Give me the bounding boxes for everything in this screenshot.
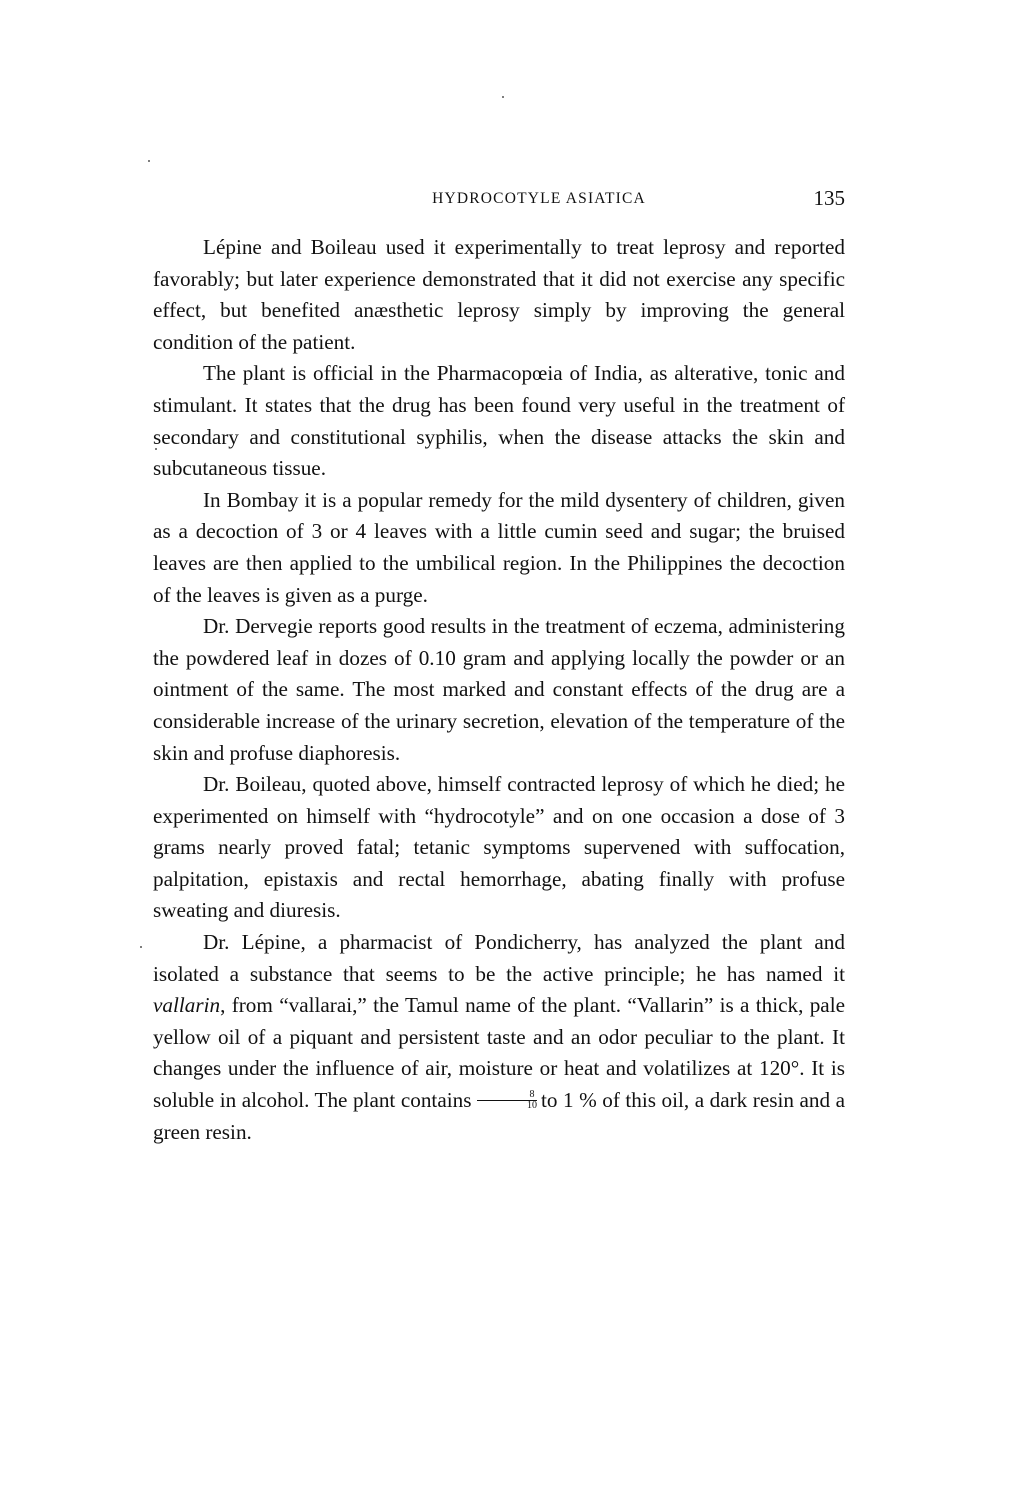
paragraph-lepine-boileau-leprosy: Lépine and Boileau used it experimentall…: [153, 232, 845, 358]
fraction-denominator: 10: [477, 1100, 537, 1111]
paragraph-boileau-self-experiment: Dr. Boileau, quoted above, himself contr…: [153, 769, 845, 927]
paragraph-pharmacopoeia-india: The plant is official in the Pharmacopœi…: [153, 358, 845, 484]
paragraph-lepine-vallarin: Dr. Lépine, a pharmacist of Pondicherry,…: [153, 927, 845, 1148]
running-title: HYDROCOTYLE ASIATICA: [153, 190, 845, 208]
scan-speck: [155, 448, 157, 450]
scan-speck: [140, 946, 142, 948]
document-page: HYDROCOTYLE ASIATICA 135 Lépine and Boil…: [0, 0, 1010, 1506]
page-body: Lépine and Boileau used it experimentall…: [153, 232, 845, 1148]
page-number: 135: [814, 186, 846, 211]
scan-speck: [148, 160, 150, 162]
paragraph-bombay-remedy: In Bombay it is a popular remedy for the…: [153, 485, 845, 611]
vallarin-text-pre: Dr. Lépine, a pharmacist of Pondicherry,…: [153, 930, 845, 986]
fraction-numerator: 8: [477, 1090, 537, 1100]
page-header: HYDROCOTYLE ASIATICA 135: [153, 186, 845, 210]
fraction-eight-tenths: 810: [477, 1090, 537, 1111]
vallarin-italic-term: vallarin: [153, 993, 220, 1017]
scan-speck: [502, 96, 504, 98]
paragraph-dervegie-eczema: Dr. Dervegie reports good results in the…: [153, 611, 845, 769]
